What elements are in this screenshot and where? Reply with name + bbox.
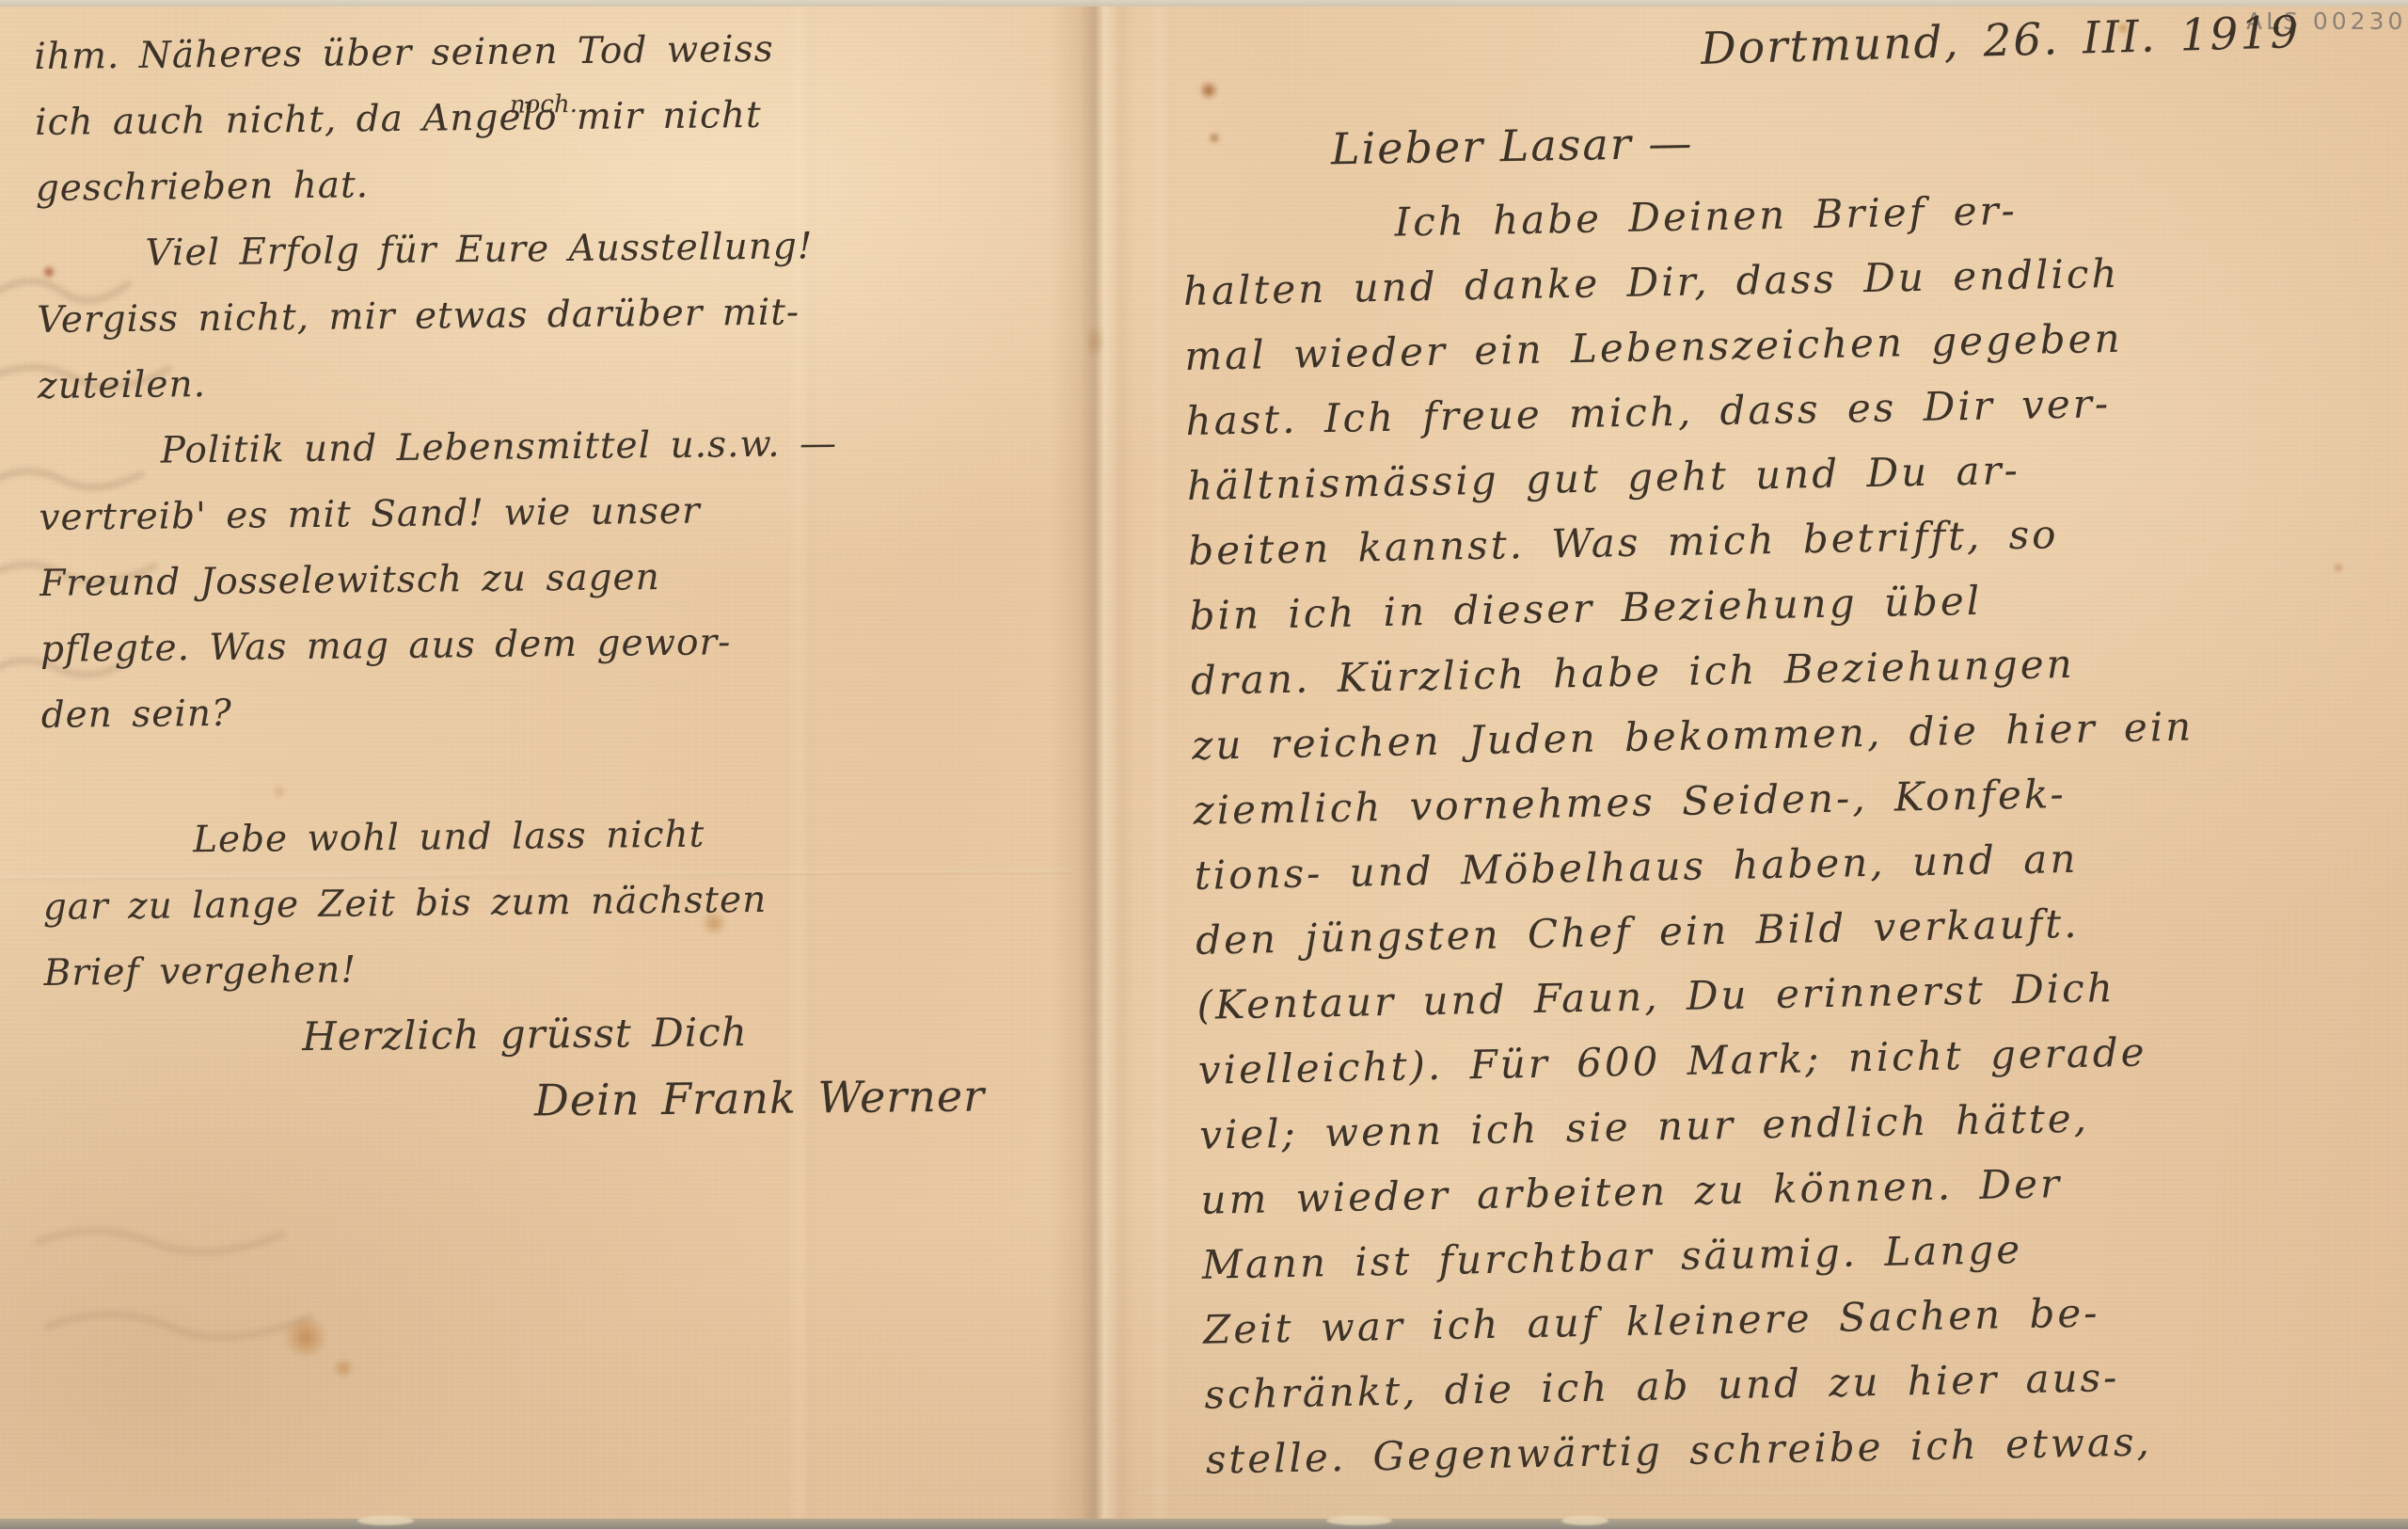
right-page: Ich habe Deinen Brief er- halten und dan… xyxy=(1181,170,2408,1492)
letter-scan: ihm. Näheres über seinen Tod weiss ich a… xyxy=(0,0,2408,1529)
closing-line: Herzlich grüsst Dich xyxy=(44,996,1061,1073)
torn-edge xyxy=(1326,1516,1392,1525)
torn-edge xyxy=(1561,1516,1608,1525)
handwritten-line: Brief vergehen! xyxy=(43,931,1060,1007)
horizontal-crease xyxy=(1136,1492,2408,1496)
handwritten-line: geschrieben hat. xyxy=(35,146,1052,222)
handwritten-line: Viel Erfolg für Eure Ausstellung! xyxy=(36,212,1053,288)
handwritten-line: Vergiss nicht, mir etwas darüber mit- xyxy=(37,278,1053,354)
handwritten-line: pflegte. Was mag aus dem gewor- xyxy=(40,607,1057,683)
date-line: Dortmund, 26. III. 1919 xyxy=(1700,7,2301,75)
scan-edge-top xyxy=(0,0,2408,7)
stain xyxy=(1198,81,1219,100)
handwritten-line: zuteilen. xyxy=(38,343,1054,420)
stain xyxy=(1087,320,1102,363)
center-fold-crease xyxy=(1050,0,1136,1529)
signature-line: Dein Frank Werner xyxy=(45,1062,1062,1139)
handwritten-line: gar zu lange Zeit bis zum nächsten xyxy=(42,865,1059,941)
salutation: Lieber Lasar — xyxy=(1331,118,1694,175)
interline-insertion: noch. xyxy=(510,72,578,138)
vertical-crease xyxy=(1149,0,1174,1529)
stain xyxy=(331,1359,356,1378)
stain xyxy=(1208,132,1221,144)
handwritten-line: Freund Josselewitsch zu sagen xyxy=(40,541,1056,617)
handwritten-line: Politik und Lebensmittel u.s.w. — xyxy=(38,409,1054,486)
stain xyxy=(280,1317,331,1357)
handwritten-line: Lebe wohl und lass nicht xyxy=(42,799,1059,875)
left-page: ihm. Näheres über seinen Tod weiss ich a… xyxy=(34,14,1061,1139)
handwritten-line: vertreib' es mit Sand! wie unser xyxy=(39,475,1055,551)
torn-edge xyxy=(357,1516,414,1525)
handwritten-line: den sein? xyxy=(40,673,1057,749)
